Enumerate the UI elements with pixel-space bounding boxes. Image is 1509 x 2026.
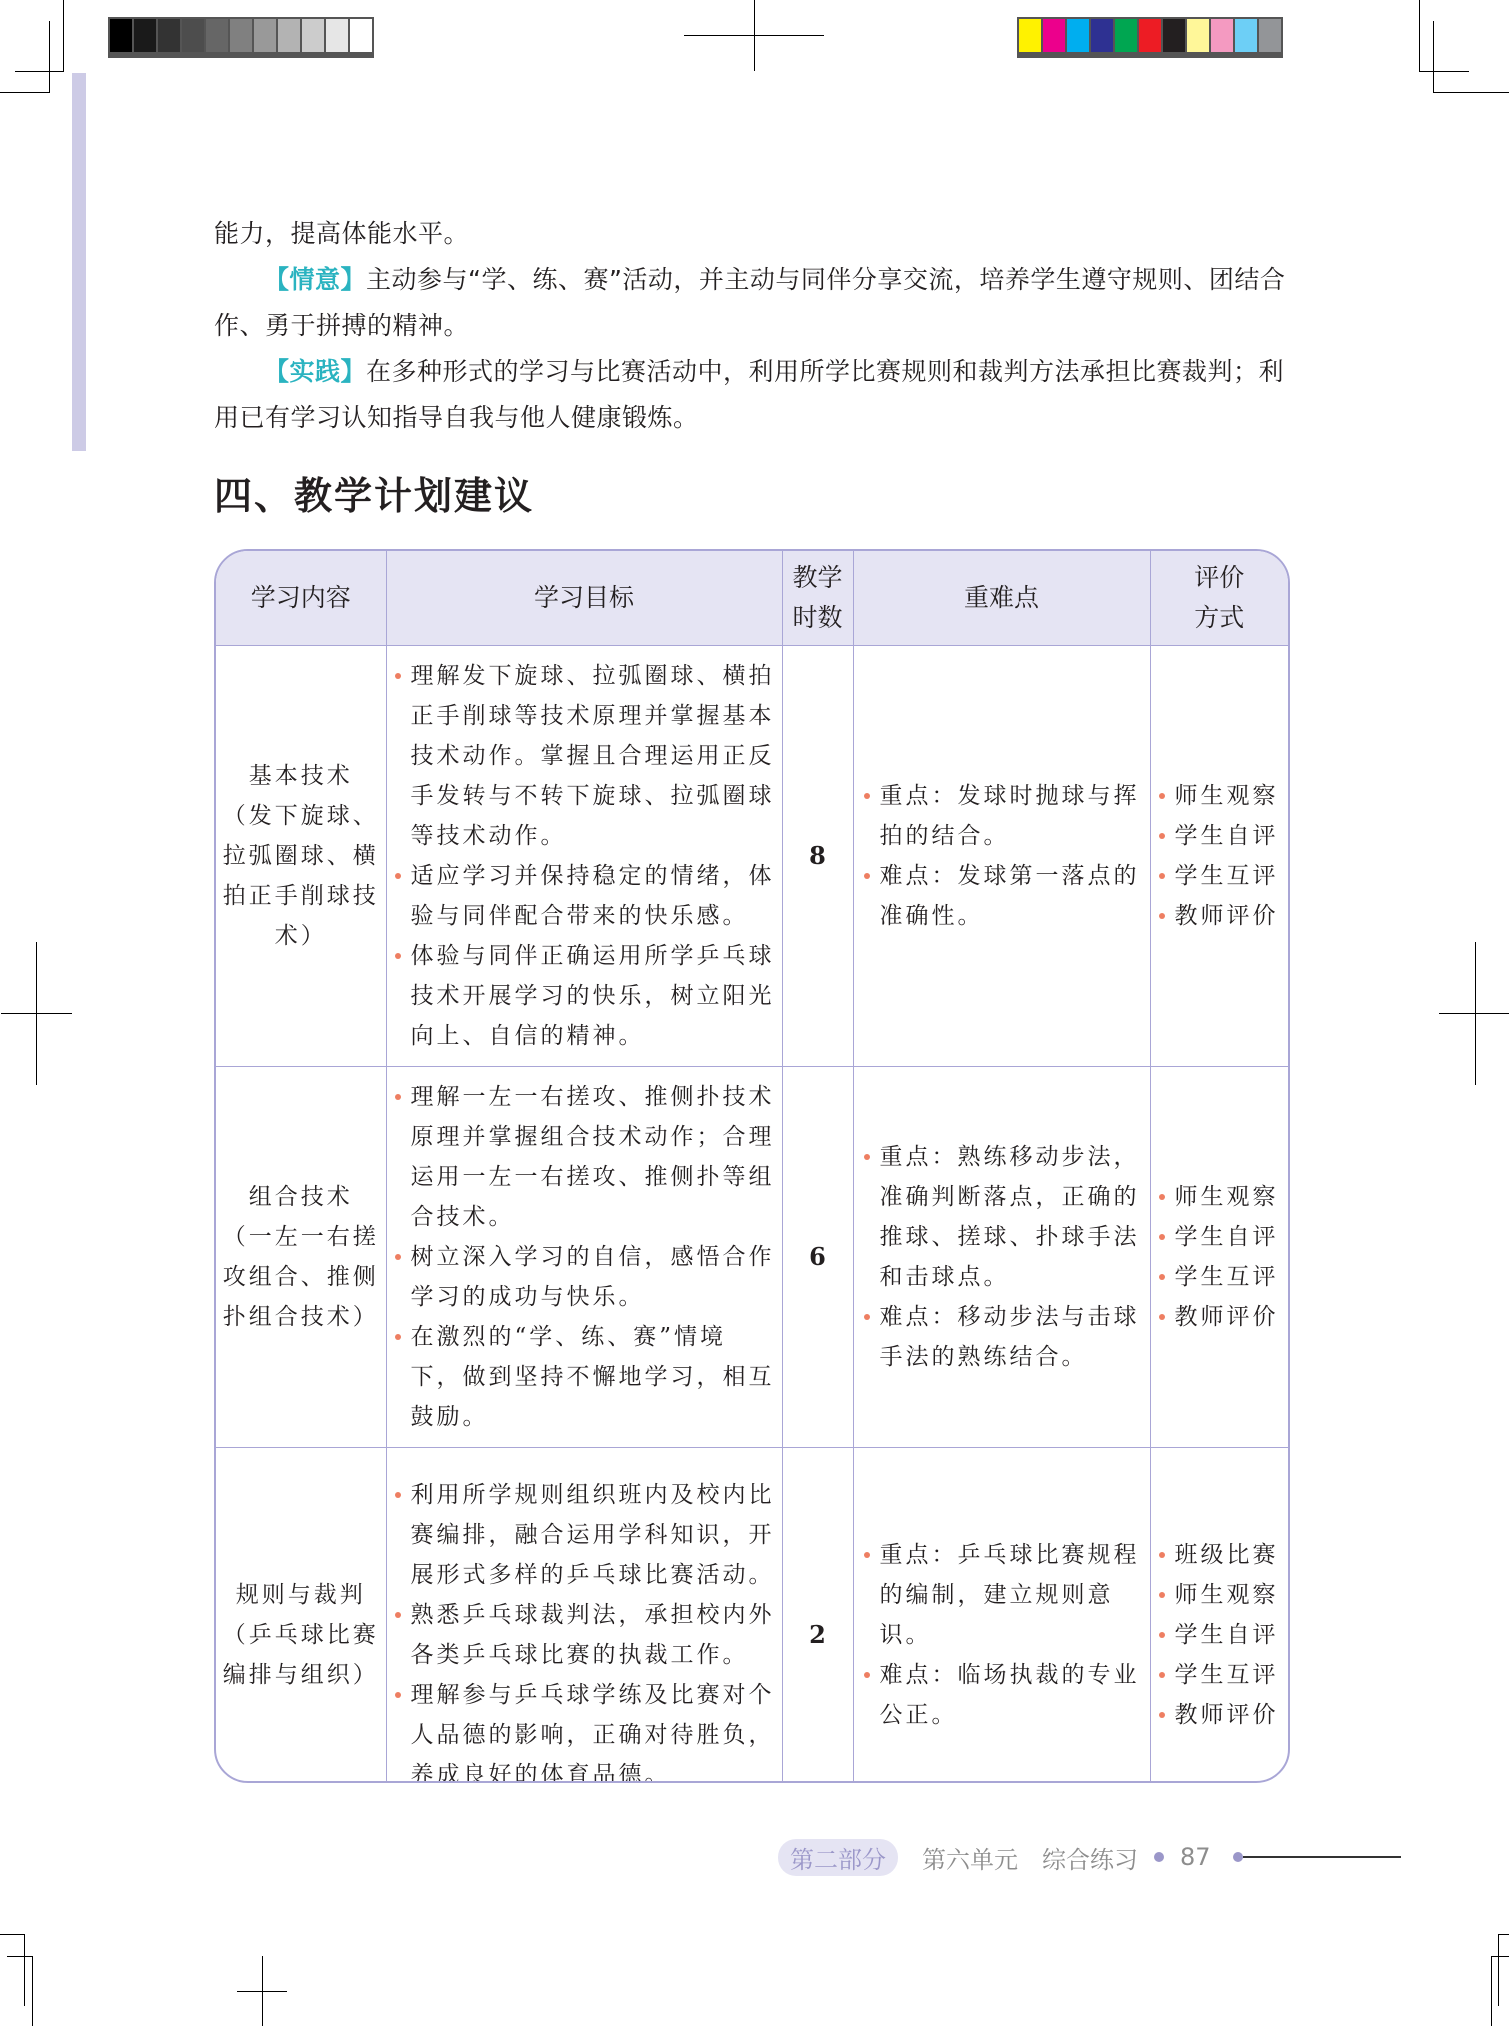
list-item: 学生自评 <box>1153 816 1287 856</box>
row-hours: 8 <box>782 646 853 1067</box>
list-item: 难点：移动步法与击球手法的熟练结合。 <box>858 1297 1146 1377</box>
row-content: 基本技术（发下旋球、拉弧圈球、横拍正手削球技术） <box>216 646 386 1067</box>
paragraph-practice-text: 在多种形式的学习与比赛活动中，利用所学比赛规则和裁判方法承担比赛裁判；利用已有学… <box>214 357 1284 432</box>
list-item: 理解参与乒乓球学练及比赛对个人品德的影响，正确对待胜负，养成良好的体育品德。 <box>389 1675 778 1783</box>
teaching-plan-table: 学习内容 学习目标 教学时数 重难点 评价方式 基本技术（发下旋球、拉弧圈球、横… <box>214 549 1290 1783</box>
list-item: 重点：发球时抛球与挥拍的结合。 <box>858 776 1146 856</box>
paragraph-emotion-text: 主动参与“学、练、赛”活动，并主动与同伴分享交流，培养学生遵守规则、团结合作、勇… <box>214 265 1285 340</box>
header-content: 学习内容 <box>216 551 386 646</box>
list-item: 难点：发球第一落点的准确性。 <box>858 856 1146 936</box>
header-goals: 学习目标 <box>386 551 782 646</box>
list-item: 学生互评 <box>1153 856 1287 896</box>
list-item: 学生自评 <box>1153 1615 1287 1655</box>
header-keys: 重难点 <box>853 551 1150 646</box>
cmyk-color-bar <box>1017 17 1283 58</box>
list-item: 教师评价 <box>1153 1297 1287 1337</box>
row-keys: 重点：发球时抛球与挥拍的结合。 难点：发球第一落点的准确性。 <box>853 646 1150 1067</box>
row-goals: 理解发下旋球、拉弧圈球、横拍正手削球等技术原理并掌握基本技术动作。掌握且合理运用… <box>386 646 782 1067</box>
footer-unit: 第六单元 <box>922 1840 1018 1875</box>
footer-dot-icon <box>1154 1852 1164 1862</box>
row-goals: 理解一左一右搓攻、推侧扑技术原理并掌握组合技术动作；合理运用一左一右搓攻、推侧扑… <box>386 1067 782 1448</box>
list-item: 难点：临场执裁的专业公正。 <box>858 1655 1146 1735</box>
paragraph-emotion: 【情意】主动参与“学、练、赛”活动，并主动与同伴分享交流，培养学生遵守规则、团结… <box>214 257 1294 349</box>
row-evals: 师生观察 学生自评 学生互评 教师评价 <box>1150 1067 1288 1448</box>
footer-part: 第二部分 <box>778 1839 898 1876</box>
list-item: 教师评价 <box>1153 896 1287 936</box>
list-item: 学生互评 <box>1153 1655 1287 1695</box>
row-hours: 2 <box>782 1448 853 1784</box>
footer-line-dot-icon <box>1233 1852 1243 1862</box>
tag-practice: 【实践】 <box>264 357 366 386</box>
list-item: 重点：熟练移动步法，准确判断落点，正确的推球、搓球、扑球手法和击球点。 <box>858 1137 1146 1297</box>
table-row: 基本技术（发下旋球、拉弧圈球、横拍正手削球技术） 理解发下旋球、拉弧圈球、横拍正… <box>216 646 1288 1067</box>
row-evals: 班级比赛 师生观察 学生自评 学生互评 教师评价 <box>1150 1448 1288 1784</box>
footer-rule <box>1243 1856 1401 1858</box>
row-hours: 6 <box>782 1067 853 1448</box>
row-keys: 重点：熟练移动步法，准确判断落点，正确的推球、搓球、扑球手法和击球点。 难点：移… <box>853 1067 1150 1448</box>
row-evals: 师生观察 学生自评 学生互评 教师评价 <box>1150 646 1288 1067</box>
list-item: 师生观察 <box>1153 1177 1287 1217</box>
page-number: 87 <box>1180 1843 1211 1871</box>
list-item: 熟悉乒乓球裁判法，承担校内外各类乒乓球比赛的执裁工作。 <box>389 1595 778 1675</box>
list-item: 班级比赛 <box>1153 1535 1287 1575</box>
paragraph-1: 能力，提高体能水平。 <box>214 211 1294 257</box>
section-title: 四、教学计划建议 <box>214 465 534 520</box>
table-row: 规则与裁判（乒乓球比赛编排与组织） 利用所学规则组织班内及校内比赛编排，融合运用… <box>216 1448 1288 1784</box>
header-eval: 评价方式 <box>1150 551 1288 646</box>
list-item: 体验与同伴正确运用所学乒乓球技术开展学习的快乐，树立阳光向上、自信的精神。 <box>389 936 778 1056</box>
row-keys: 重点：乒乓球比赛规程的编制，建立规则意识。 难点：临场执裁的专业公正。 <box>853 1448 1150 1784</box>
paragraph-practice: 【实践】在多种形式的学习与比赛活动中，利用所学比赛规则和裁判方法承担比赛裁判；利… <box>214 349 1294 441</box>
list-item: 师生观察 <box>1153 776 1287 816</box>
tag-emotion: 【情意】 <box>264 265 366 294</box>
list-item: 在激烈的“学、练、赛”情境下，做到坚持不懈地学习，相互鼓励。 <box>389 1317 778 1437</box>
row-content: 规则与裁判（乒乓球比赛编排与组织） <box>216 1448 386 1784</box>
list-item: 理解一左一右搓攻、推侧扑技术原理并掌握组合技术动作；合理运用一左一右搓攻、推侧扑… <box>389 1077 778 1237</box>
footer-section: 综合练习 <box>1042 1840 1138 1875</box>
list-item: 学生自评 <box>1153 1217 1287 1257</box>
list-item: 树立深入学习的自信，感悟合作学习的成功与快乐。 <box>389 1237 778 1317</box>
grayscale-color-bar <box>108 17 374 58</box>
row-goals: 利用所学规则组织班内及校内比赛编排，融合运用学科知识，开展形式多样的乒乓球比赛活… <box>386 1448 782 1784</box>
list-item: 重点：乒乓球比赛规程的编制，建立规则意识。 <box>858 1535 1146 1655</box>
list-item: 学生互评 <box>1153 1257 1287 1297</box>
row-content: 组合技术（一左一右搓攻组合、推侧扑组合技术） <box>216 1067 386 1448</box>
list-item: 适应学习并保持稳定的情绪，体验与同伴配合带来的快乐感。 <box>389 856 778 936</box>
list-item: 师生观察 <box>1153 1575 1287 1615</box>
table-row: 组合技术（一左一右搓攻组合、推侧扑组合技术） 理解一左一右搓攻、推侧扑技术原理并… <box>216 1067 1288 1448</box>
list-item: 利用所学规则组织班内及校内比赛编排，融合运用学科知识，开展形式多样的乒乓球比赛活… <box>389 1475 778 1595</box>
page-footer: 第二部分 第六单元 综合练习 87 <box>778 1840 1401 1874</box>
table-header-row: 学习内容 学习目标 教学时数 重难点 评价方式 <box>216 551 1288 646</box>
list-item: 教师评价 <box>1153 1695 1287 1735</box>
header-hours: 教学时数 <box>782 551 853 646</box>
list-item: 理解发下旋球、拉弧圈球、横拍正手削球等技术原理并掌握基本技术动作。掌握且合理运用… <box>389 656 778 856</box>
side-tab <box>72 73 86 451</box>
